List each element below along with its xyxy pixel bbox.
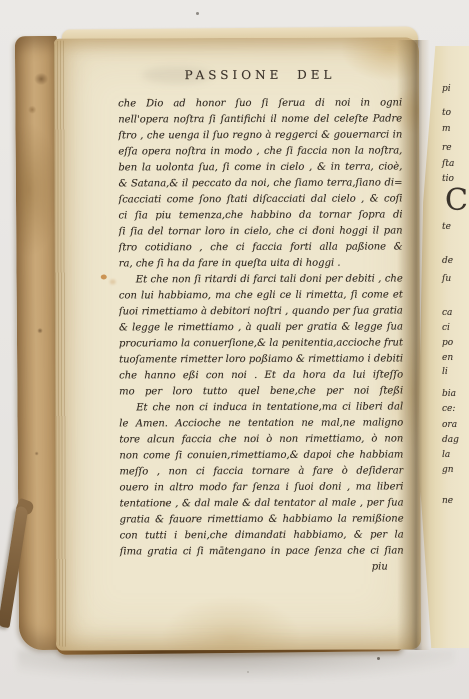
page-block-edge-striations [54,41,67,647]
text-line: tentatione , & dal male & dal tentator a… [120,495,404,512]
text-block: PASSIONE DEL che Dio ad honor ſuo ſi ſer… [118,67,404,576]
text-line: non come ſi conuien,rimettiamo,& dapoi c… [119,447,403,464]
facing-page-text-fragment: li [442,367,448,377]
left-page: PASSIONE DEL che Dio ad honor ſuo ſi ſer… [54,37,421,650]
text-lines: che Dio ad honor ſuo ſi ſerua di noi in … [118,95,404,560]
facing-page-text-fragment: de [442,256,453,266]
text-line: ſtro cotidiano , che ci faccia forti all… [119,239,403,256]
text-line: che Dio ad honor ſuo ſi ſerua di noi in … [118,95,402,112]
facing-page-text-fragment: dag [442,435,459,445]
facing-page-text-fragment: ſta [442,159,454,169]
book-photograph: PASSIONE DEL che Dio ad honor ſuo ſi ſer… [0,0,469,699]
facing-page-text-fragment: to [442,108,451,118]
text-line: ſtro , che uenga il ſuo regno à reggerci… [118,127,402,144]
text-line: ſima gratia ci ſi mātengano in pace ſenz… [120,543,404,560]
facing-page-text-fragment: en [442,353,453,363]
facing-page-text-fragment: ci [442,323,450,333]
text-line: Et che non ſi ritardi di farci tali doni… [119,271,403,288]
text-line: & legge le rimettiamo , à quali per grat… [119,319,403,336]
text-line: tore alcun faccia che noi ò non rimettia… [119,431,403,448]
running-title: PASSIONE DEL [118,67,402,83]
text-line: con lui habbiamo, ma che egli ce li rime… [119,287,403,304]
facing-page-text-fragment: gn [442,465,454,475]
facing-page-text-fragment: bia [442,389,456,399]
text-line: le Amen. Accioche ne tentation ne mal,ne… [119,415,403,432]
text-line: eſſa opera noſtra in modo , che ſi facci… [118,143,402,160]
text-line: che hanno eßi con noi . Et da hora da lu… [119,367,403,384]
facing-page-text-fragment: po [442,338,453,348]
facing-page-text-fragment: ca [442,308,452,318]
facing-page-text-fragment: ora [442,420,457,430]
text-line: Et che non ci induca in tentatione,ma ci… [119,399,403,416]
text-line: ben la uolonta ſua, ſi come in cielo , &… [118,159,402,176]
facing-page-text-fragment: ſu [442,274,451,284]
facing-page-text-fragment: te [442,222,451,232]
text-line: ſcacciati come ſono ſtati diſcacciati da… [118,191,402,208]
facing-page-text-fragment: re [442,143,452,153]
text-line: meſſo , non ci faccia tornare à fare ò d… [119,463,403,480]
facing-page-text-fragment: la [442,450,450,460]
facing-page-initial-letter: C [445,186,468,216]
text-line: con tutti i beni,che dimandati habbiamo,… [120,527,404,544]
facing-page-text-fragment: pi [442,84,451,94]
gutter-shadow [397,40,430,650]
text-line: nell'opera noſtra ſi ſantifichi il nome … [118,111,402,128]
facing-page-text-fragment: m [442,124,451,134]
text-line: ſi ſia del tornar loro in cielo, che ci … [119,223,403,240]
facing-page-text-fragment: ne [442,496,453,506]
foxing-stain [101,274,107,279]
text-line: ra, che ſi ha da fare in queſta uita di … [119,255,403,272]
text-line: mo per loro tutto quel bene,che per noi … [119,383,403,400]
text-line: tuoſamente rimetter loro poßiamo & rimet… [119,351,403,368]
text-line: ſuoi rimettiamo à debitori noſtri , quan… [119,303,403,320]
text-line: ouero in altro modo far ſenza i ſuoi don… [119,479,403,496]
text-line: & Satana,& il peccato da noi, che ſiamo … [118,175,402,192]
background-speck [196,12,199,15]
text-line: ci ſia piu temenza,che habbino da tornar… [119,207,403,224]
text-line: gratia & fauore rimettiamo & habbiamo la… [120,511,404,528]
facing-page-text-fragment: ce: [442,404,455,414]
catchword: piu [120,559,404,576]
text-line: procuriamo la conuerſione,& la penitenti… [119,335,403,352]
